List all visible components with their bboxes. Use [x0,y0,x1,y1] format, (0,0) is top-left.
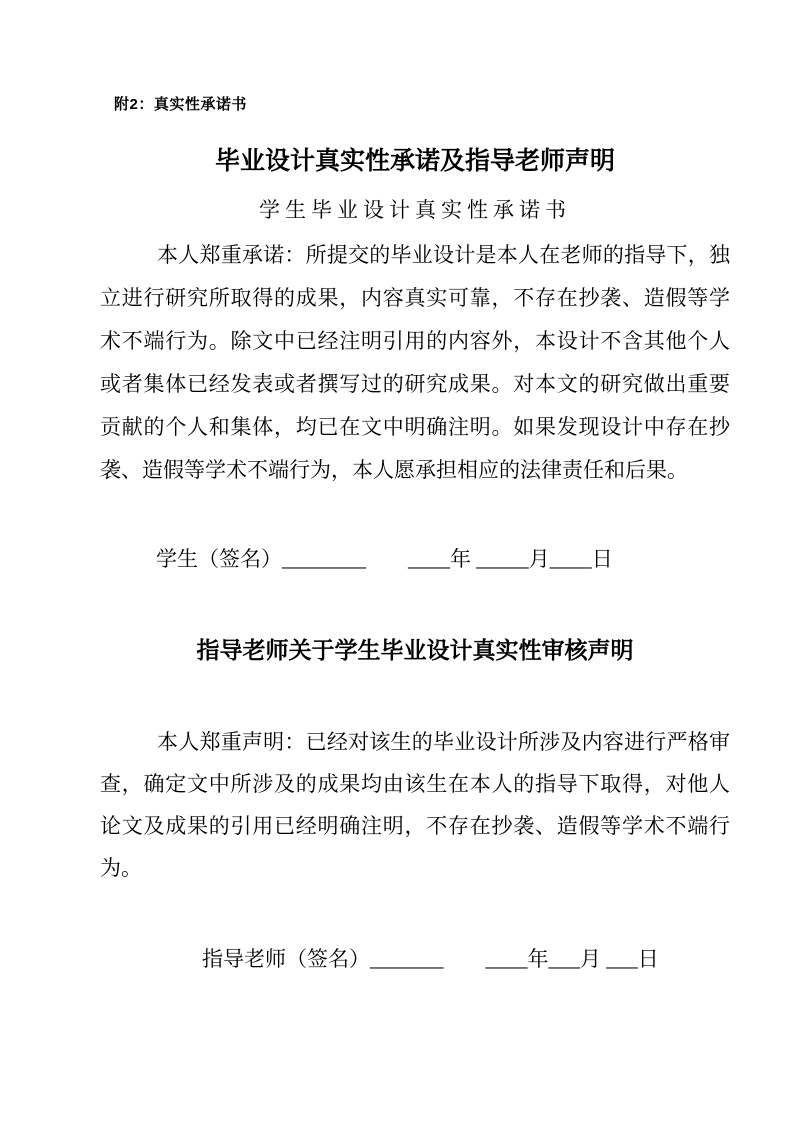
supervisor-signature-line: 指导老师（签名）_______ ____年___月 ___日 [100,947,793,971]
paragraph-line: 贡献的个人和集体，均已在文中明确注明。如果发现设计中存在抄 [100,406,730,449]
student-commitment-subtitle: 学生毕业设计真实性承诺书 [100,194,730,224]
paragraph-line: 术不端行为。除文中已经注明引用的内容外，本设计不含其他个人 [100,320,730,363]
paragraph-line: 本人郑重声明：已经对该生的毕业设计所涉及内容进行严格审 [100,721,730,763]
paragraph-line: 或者集体已经发表或者撰写过的研究成果。对本文的研究做出重要 [100,363,730,406]
document-page: 附2：真实性承诺书 毕业设计真实性承诺及指导老师声明 学生毕业设计真实性承诺书 … [0,0,793,1122]
paragraph-line: 本人郑重承诺：所提交的毕业设计是本人在老师的指导下，独 [100,234,730,277]
attachment-label: 附2：真实性承诺书 [114,93,247,114]
paragraph-line: 立进行研究所取得的成果，内容真实可靠，不存在抄袭、造假等学 [100,277,730,320]
student-signature-line: 学生（签名）________ ____年 _____月____日 [100,547,793,571]
student-commitment-paragraph: 本人郑重承诺：所提交的毕业设计是本人在老师的指导下，独 立进行研究所取得的成果，… [100,234,730,492]
paragraph-line: 袭、造假等学术不端行为，本人愿承担相应的法律责任和后果。 [100,449,730,492]
paragraph-line: 查，确定文中所涉及的成果均由该生在本人的指导下取得，对他人 [100,763,730,805]
supervisor-statement-title: 指导老师关于学生毕业设计真实性审核声明 [100,632,730,665]
paragraph-line: 论文及成果的引用已经明确注明，不存在抄袭、造假等学术不端行 [100,805,730,847]
paragraph-line: 为。 [100,847,730,889]
supervisor-statement-paragraph: 本人郑重声明：已经对该生的毕业设计所涉及内容进行严格审 查，确定文中所涉及的成果… [100,721,730,889]
main-title: 毕业设计真实性承诺及指导老师声明 [100,141,730,177]
